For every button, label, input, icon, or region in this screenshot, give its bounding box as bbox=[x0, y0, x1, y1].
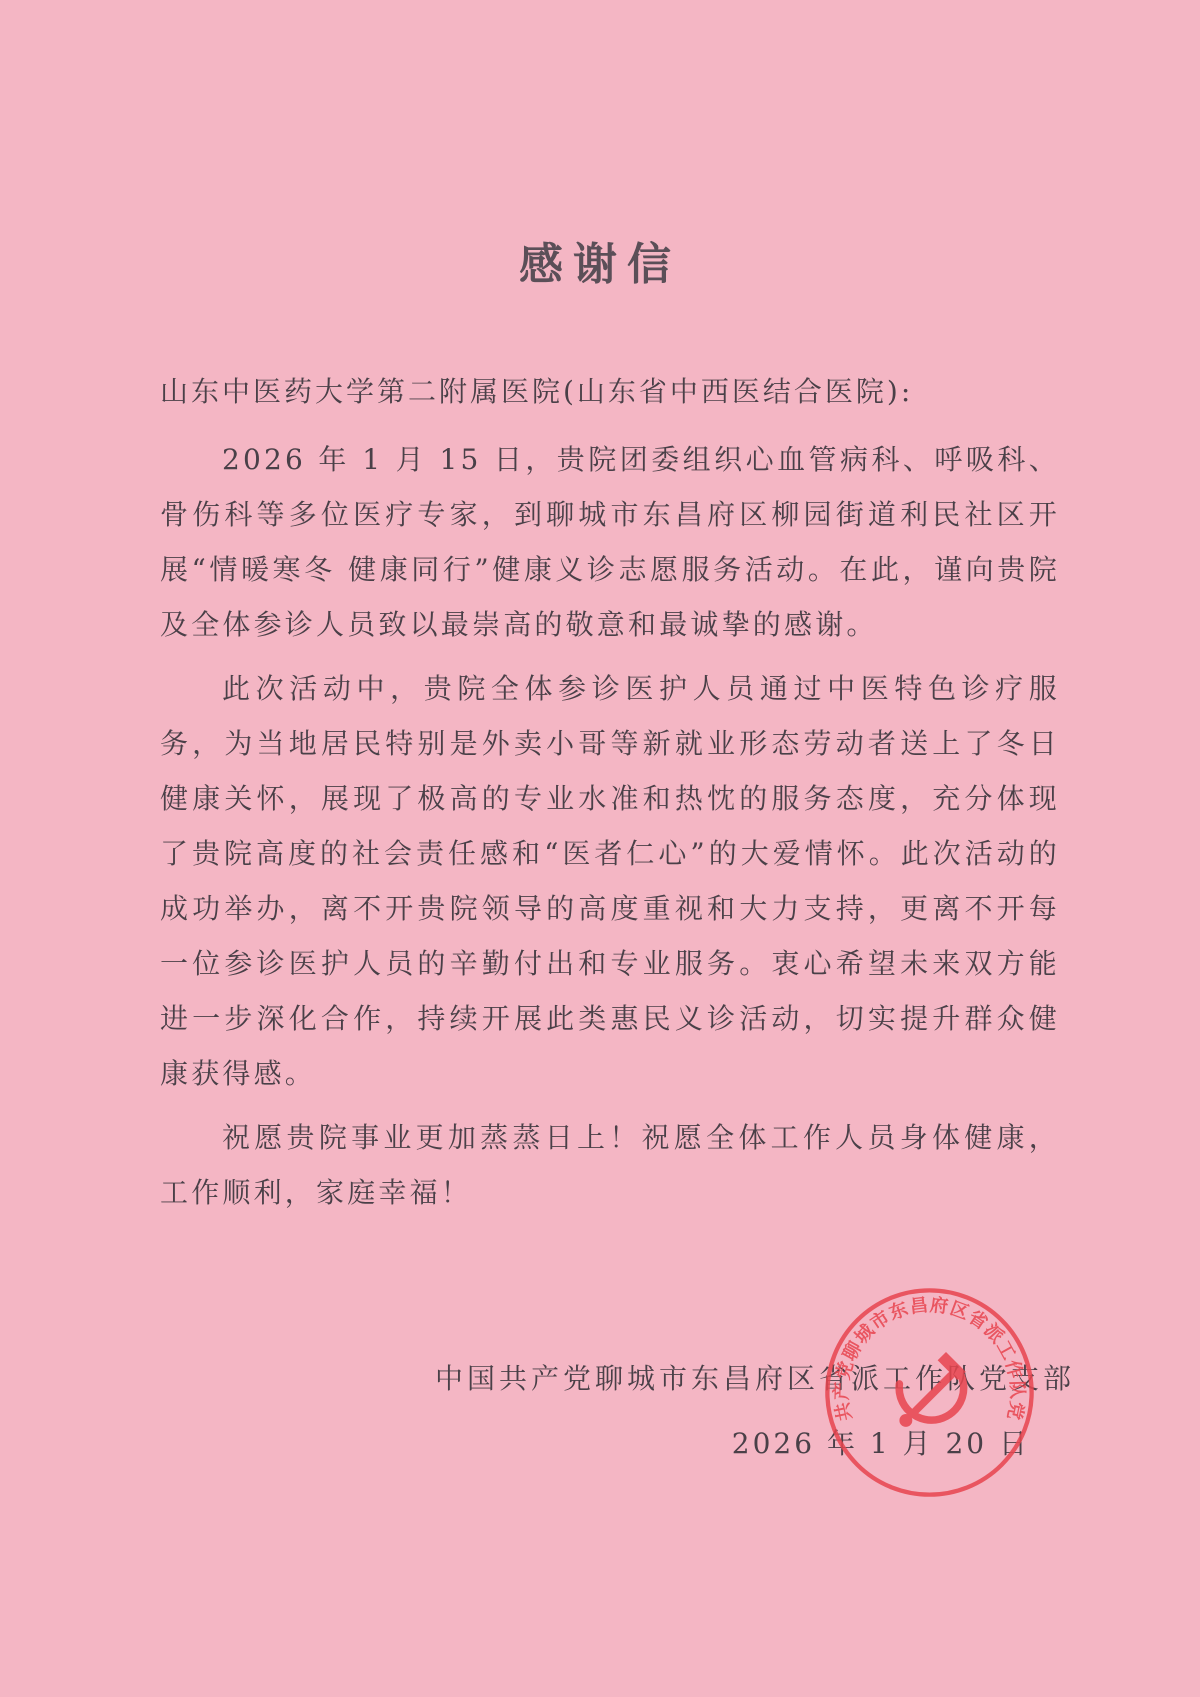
letter-title: 感谢信 bbox=[0, 228, 1200, 292]
official-seal-icon: 中国共产党聊城市东昌府区省派工作队党支部 bbox=[822, 1285, 1037, 1500]
paragraph-3: 祝愿贵院事业更加蒸蒸日上！祝愿全体工作人员身体健康，工作顺利，家庭幸福！ bbox=[160, 1110, 1060, 1220]
salutation: 山东中医药大学第二附属医院(山东省中西医结合医院): bbox=[160, 370, 1060, 410]
letter-page: 感谢信 山东中医药大学第二附属医院(山东省中西医结合医院): 2026 年 1 … bbox=[0, 0, 1200, 1697]
paragraph-2: 此次活动中，贵院全体参诊医护人员通过中医特色诊疗服务，为当地居民特别是外卖小哥等… bbox=[160, 661, 1060, 1101]
paragraph-1: 2026 年 1 月 15 日，贵院团委组织心血管病科、呼吸科、骨伤科等多位医疗… bbox=[160, 432, 1060, 652]
letter-body: 2026 年 1 月 15 日，贵院团委组织心血管病科、呼吸科、骨伤科等多位医疗… bbox=[160, 432, 1060, 1229]
